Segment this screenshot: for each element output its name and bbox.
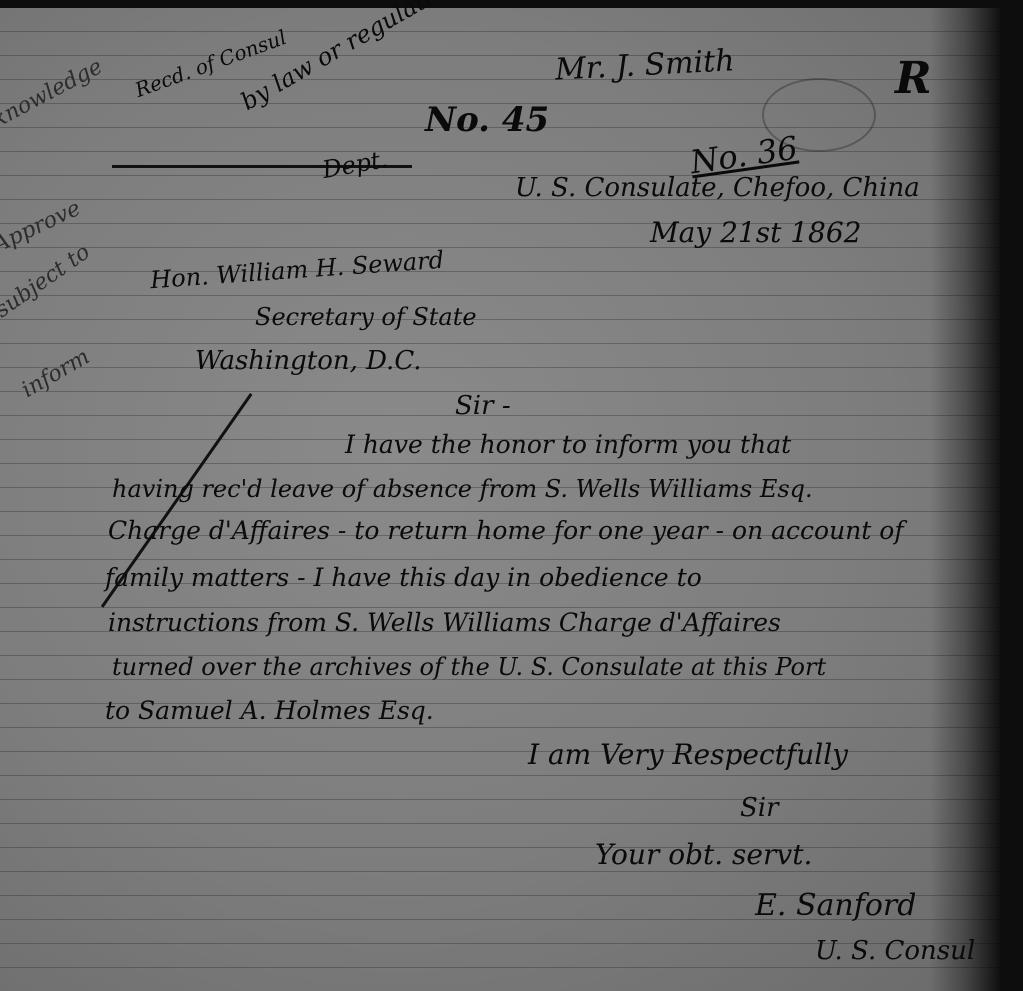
addressee-location: Washington, D.C. <box>195 346 422 376</box>
date-line: May 21st 1862 <box>650 216 862 249</box>
signer-title: U. S. Consul <box>815 936 975 966</box>
margin-note: Dept. <box>320 145 390 184</box>
endorsement-name: Mr. J. Smith <box>554 43 735 87</box>
body-line: instructions from S. Wells Williams Char… <box>108 608 781 637</box>
salutation: Sir - <box>455 391 511 421</box>
body-line: to Samuel A. Holmes Esq. <box>105 696 434 725</box>
closing-servant: Your obt. servt. <box>595 838 812 871</box>
page-edge-shadow <box>930 8 1000 991</box>
closing-sir: Sir <box>740 793 779 823</box>
corner-mark: R <box>895 53 932 104</box>
margin-note: subject to <box>0 240 95 323</box>
body-line: having rec'd leave of absence from S. We… <box>112 475 813 503</box>
body-line: Charge d'Affaires - to return home for o… <box>108 516 904 545</box>
signature: E. Sanford <box>755 888 916 923</box>
place-line: U. S. Consulate, Chefoo, China <box>515 173 920 203</box>
body-line: I have the honor to inform you that <box>345 430 791 459</box>
body-line: family matters - I have this day in obed… <box>105 563 702 592</box>
addressee-name: Hon. William H. Seward <box>149 246 445 294</box>
letter-page: knowledge Recd. of Consul by law or regu… <box>0 8 1000 991</box>
file-number: No. 45 <box>425 100 549 140</box>
closing-line: I am Very Respectfully <box>528 738 848 771</box>
addressee-title: Secretary of State <box>255 303 477 331</box>
margin-note: inform <box>18 344 95 403</box>
margin-note: by law or regulations <box>236 0 474 116</box>
margin-note: knowledge <box>0 54 107 133</box>
body-line: turned over the archives of the U. S. Co… <box>112 653 826 681</box>
